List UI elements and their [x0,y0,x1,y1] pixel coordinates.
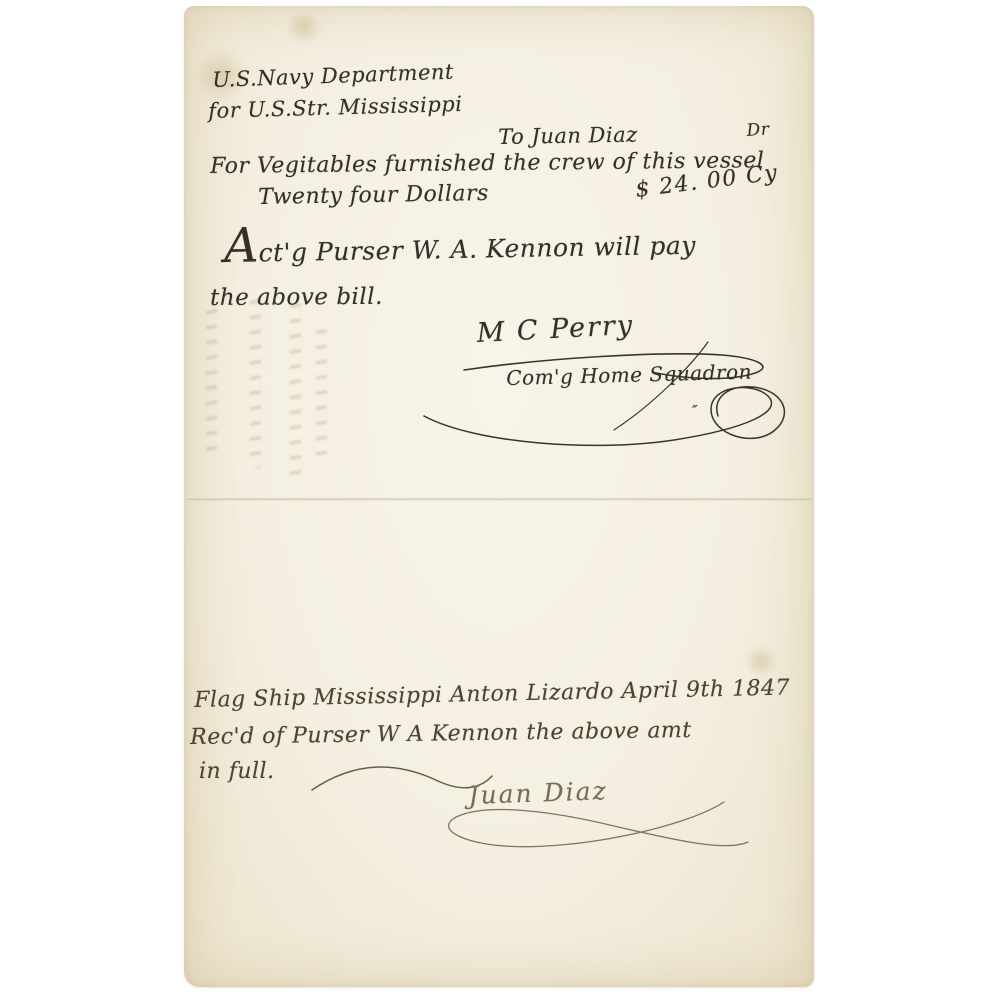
document-sheet: U.S.Navy Department for U.S.Str. Mississ… [184,6,814,987]
ship-heading: for U.S.Str. Mississippi [208,92,463,123]
billed-to-line: To Juan Diaz [498,123,638,149]
navy-department-heading: U.S.Navy Department [212,60,454,92]
receipt-dateline: Flag Ship Mississippi Anton Lizardo Apri… [194,676,790,713]
paper-stain [284,12,324,42]
ink-bleed-through-marks [316,326,327,456]
receipt-body-line: Rec'd of Purser W A Kennon the above amt [190,718,692,750]
flourish-ditto-mark: ″ [692,402,698,420]
ink-bleed-through-marks [206,306,217,456]
perry-signature: M C Perry [476,310,635,349]
debtor-abbreviation: Dr [746,119,770,141]
receipt-in-full-line: in full. [199,759,275,784]
payment-order-line1: Act'g Purser W. A. Kennon will pay [224,231,696,268]
perry-signature-title: Com'g Home Squadron [506,360,752,390]
fold-crease [187,497,811,501]
payment-order-line2: the above bill. [210,284,383,311]
scanned-document-page: U.S.Navy Department for U.S.Str. Mississ… [0,0,1000,1000]
diaz-signature: Juan Diaz [468,776,608,810]
amount-in-words: Twenty four Dollars [258,181,489,210]
paper-stain [744,646,778,676]
ink-bleed-through-marks [290,300,301,476]
ink-bleed-through-marks [250,296,261,468]
